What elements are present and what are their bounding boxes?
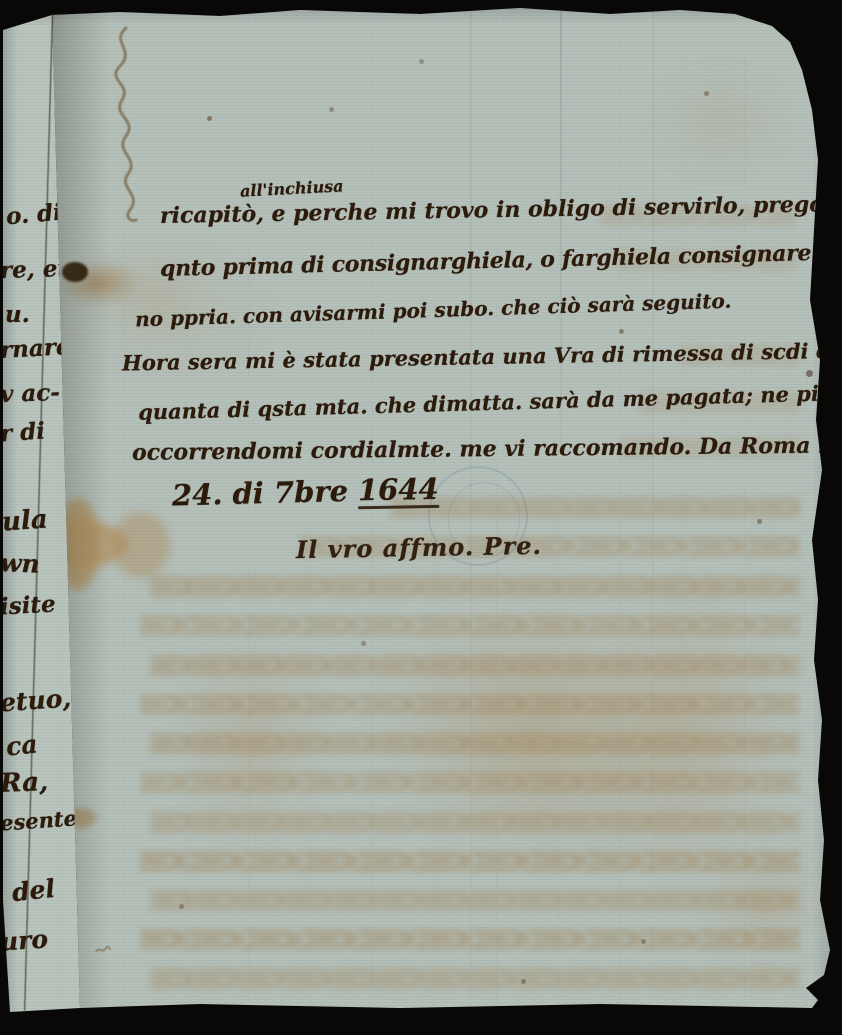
left-page-text-fragment: u. <box>5 303 30 326</box>
left-page-text-fragment: etuo, <box>0 686 72 716</box>
left-page-text-fragment: ula <box>1 506 48 535</box>
left-page-text-fragment: o. di <box>5 201 63 229</box>
left-page-text-fragment: isite <box>0 593 56 619</box>
left-page-text-fragment: v ac- <box>0 381 60 406</box>
foxing-specks <box>0 0 3 3</box>
page-edge-shading <box>0 0 842 1035</box>
left-page-text-fragment: del <box>11 876 56 905</box>
left-page-text-fragment: esente <box>0 807 78 833</box>
left-page-text-fragment: re, et <box>0 257 68 282</box>
left-page-text-fragment: Ra, <box>0 769 49 797</box>
left-page-text-fragment: rnare <box>0 335 71 362</box>
letter-page: all'inchiusa ricapitò, e perche mi trovo… <box>0 0 842 1035</box>
left-page-text-fragment: wn <box>0 550 40 576</box>
manuscript-scan: o. di re, et u. rnare v ac- r di ula wn … <box>0 0 842 1035</box>
